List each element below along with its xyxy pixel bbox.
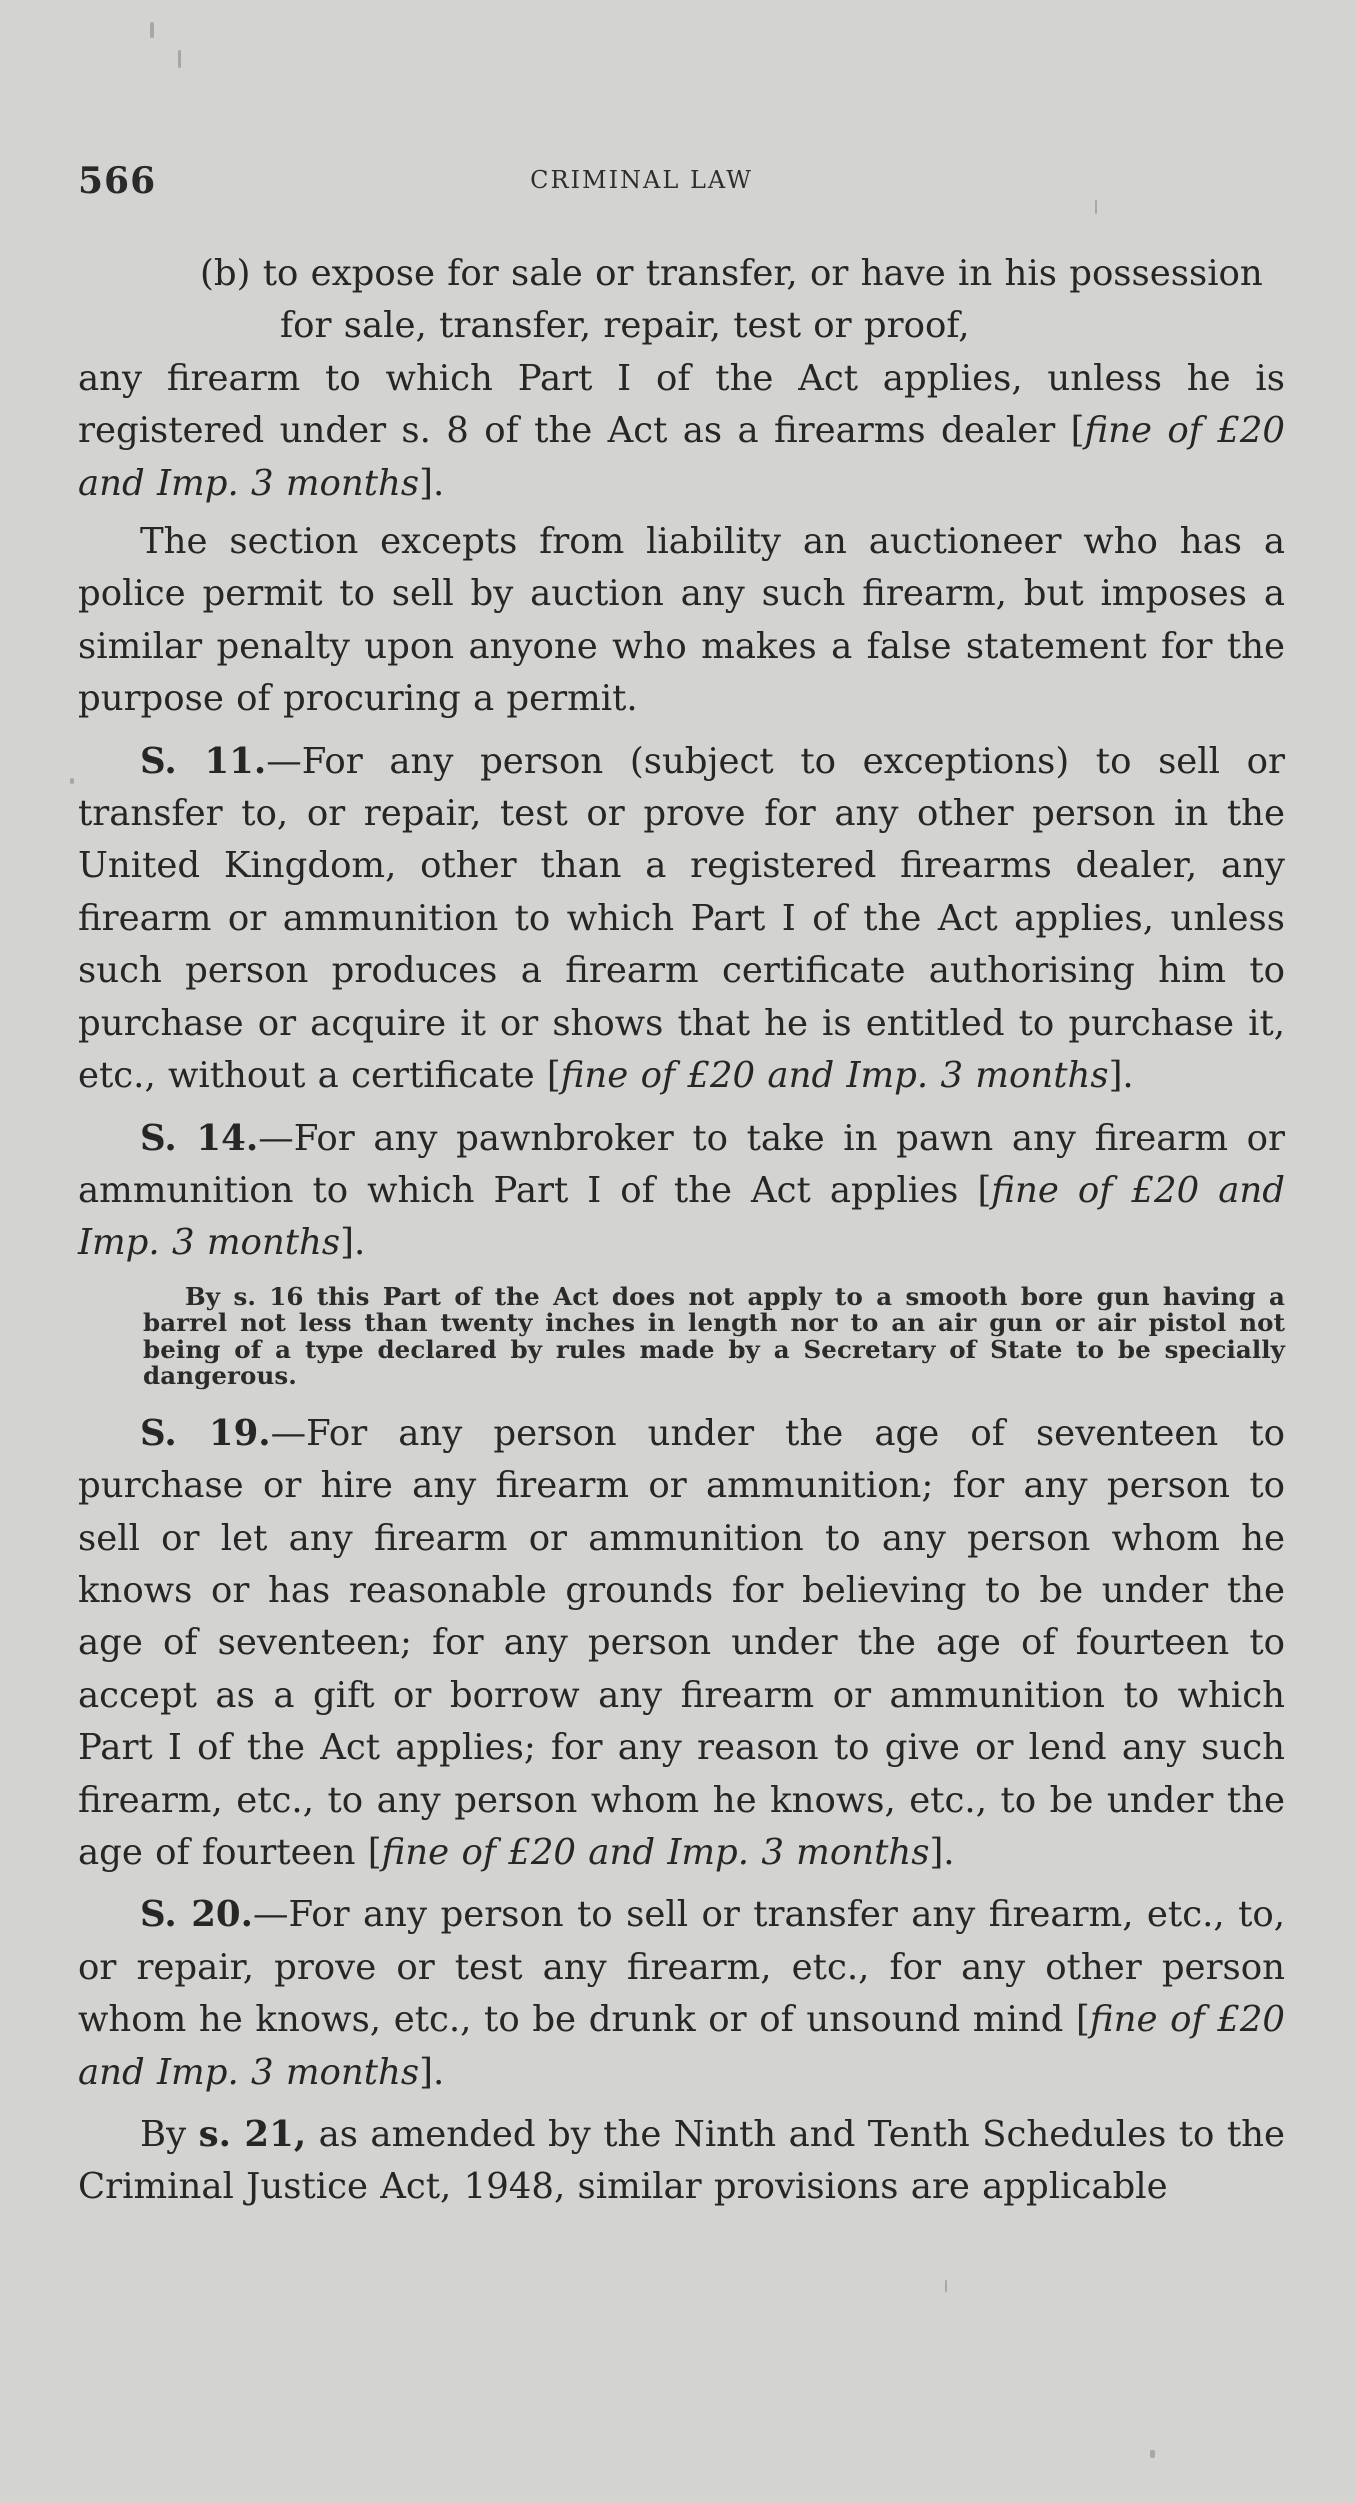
section-number: S. 11.: [140, 741, 266, 782]
page-header: 566 CRIMINAL LAW: [78, 160, 1285, 200]
list-item-label: (b): [200, 253, 250, 294]
penalty-bracket-open: [: [977, 1170, 991, 1211]
penalty-bracket-close: ].: [1109, 1055, 1134, 1096]
body-text: (b) to expose for sale or transfer, or h…: [78, 248, 1285, 2214]
section-text: —For any person under the age of sevente…: [78, 1413, 1285, 1873]
book-page: 566 CRIMINAL LAW (b) to expose for sale …: [0, 0, 1356, 2503]
paragraph-auctioneer-exception: The section excepts from liability an au…: [78, 516, 1285, 726]
penalty-bracket-close: ].: [929, 1832, 954, 1873]
list-item-b: (b) to expose for sale or transfer, or h…: [200, 248, 1285, 353]
penalty-bracket-open: [: [1076, 1999, 1090, 2040]
section-number: S. 14.: [140, 1118, 258, 1159]
running-head: CRIMINAL LAW: [78, 166, 1285, 194]
paper-speck: [1095, 200, 1097, 214]
note-lead: By: [185, 1282, 233, 1311]
section-21: By s. 21, as amended by the Ninth and Te…: [78, 2109, 1285, 2214]
penalty-bracket-close: ].: [419, 2052, 444, 2093]
paper-speck: [178, 50, 181, 68]
penalty-text: fine of £20 and Imp. 3 months: [561, 1055, 1109, 1096]
paragraph-text: The section excepts from liability an au…: [78, 521, 1285, 719]
paragraph-dealer-registration: any firearm to which Part I of the Act a…: [78, 353, 1285, 510]
list-item-line-1: to expose for sale or transfer, or have …: [263, 253, 1263, 294]
penalty-bracket-open: [: [368, 1832, 382, 1873]
penalty-bracket-close: ].: [340, 1222, 365, 1263]
section-number: S. 20.: [140, 1894, 253, 1935]
penalty-bracket-close: ].: [419, 463, 444, 504]
section-14: S. 14.—For any pawnbroker to take in paw…: [78, 1113, 1285, 1270]
penalty-text: fine of £20 and Imp. 3 months: [382, 1832, 930, 1873]
penalty-bracket-open: [: [547, 1055, 561, 1096]
section-number: s. 21,: [199, 2114, 307, 2155]
section-20: S. 20.—For any person to sell or transfe…: [78, 1889, 1285, 2099]
paper-speck: [945, 2280, 947, 2292]
paper-speck: [1150, 2450, 1155, 2458]
section-number: S. 19.: [140, 1413, 271, 1454]
section-19: S. 19.—For any person under the age of s…: [78, 1408, 1285, 1880]
section-11: S. 11.—For any person (subject to except…: [78, 736, 1285, 1103]
section-lead: By: [140, 2114, 199, 2155]
paper-speck: [150, 22, 154, 38]
note-section-ref: s. 16: [233, 1282, 303, 1311]
list-item-line-2: for sale, transfer, repair, test or proo…: [200, 300, 1285, 352]
penalty-bracket-open: [: [1071, 410, 1085, 451]
footnote-section-16: By s. 16 this Part of the Act does not a…: [143, 1284, 1285, 1390]
paper-speck: [70, 778, 74, 784]
note-text: this Part of the Act does not apply to a…: [143, 1282, 1285, 1391]
section-text: —For any person (subject to exceptions) …: [78, 741, 1285, 1096]
